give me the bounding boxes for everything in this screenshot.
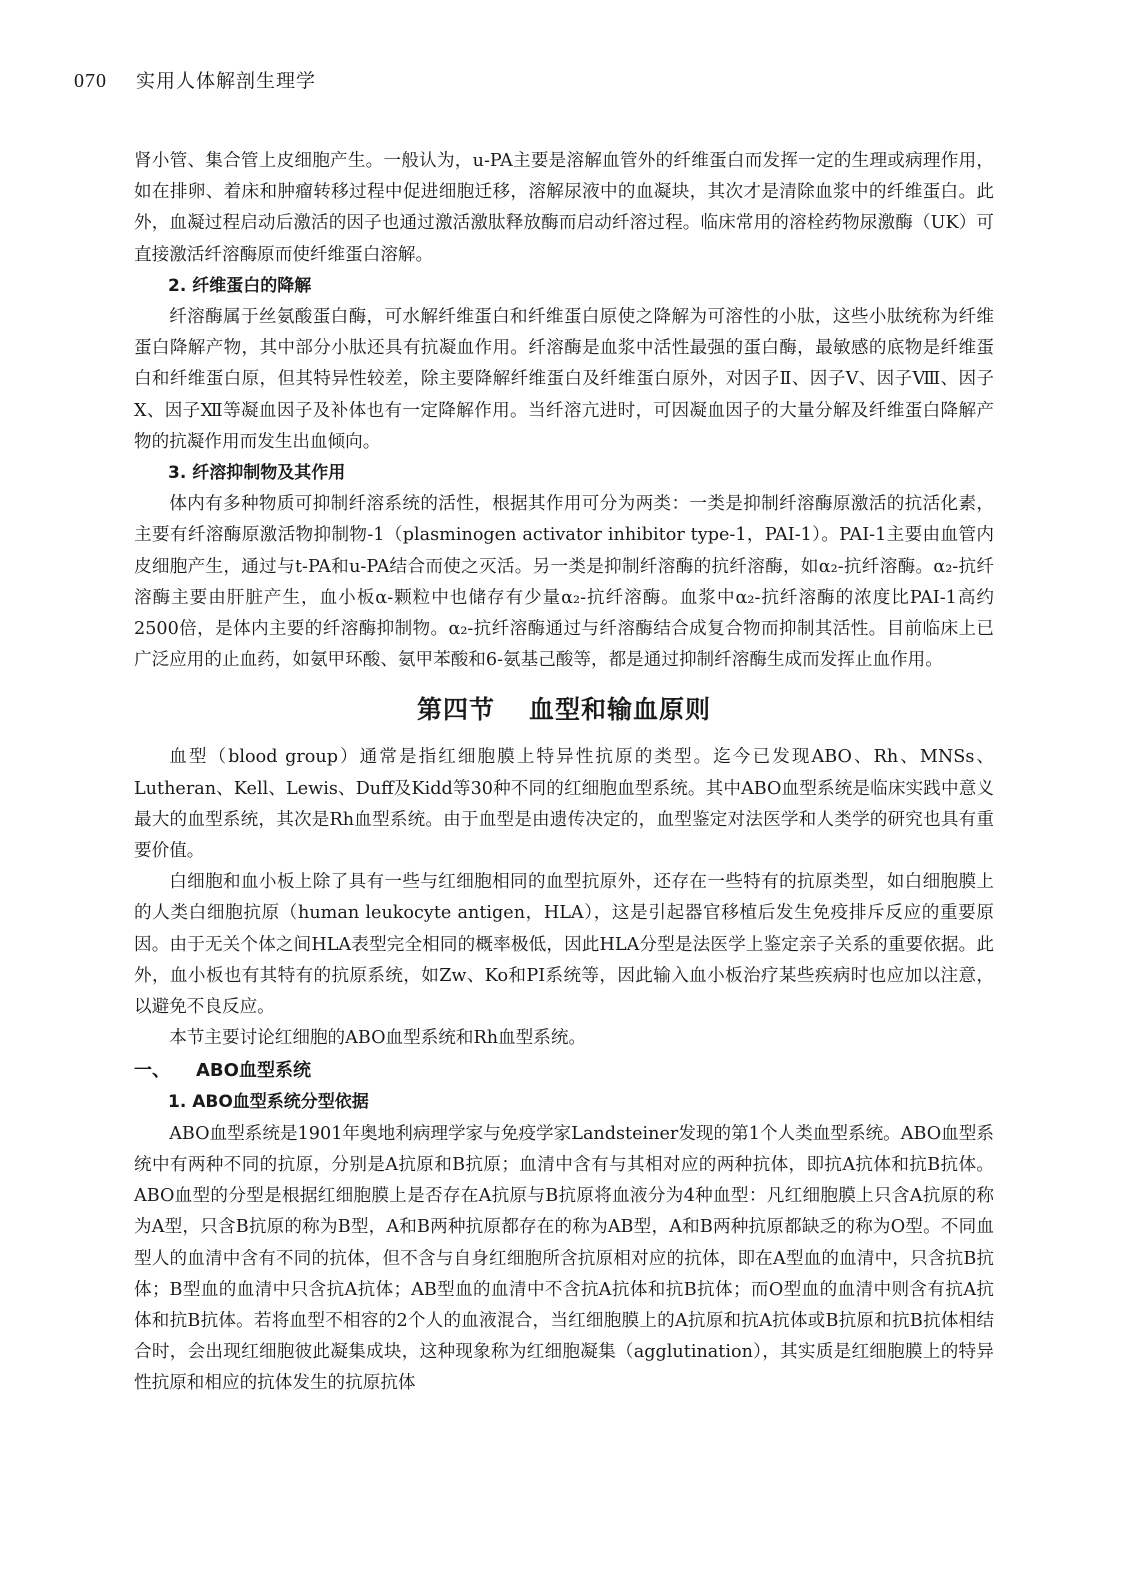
section-title: 血型和输血原则 <box>529 695 711 724</box>
paragraph-fibrinolysis-inhibitors: 体内有多种物质可抑制纤溶系统的活性，根据其作用可分为两类：一类是抑制纤溶酶原激活… <box>134 489 994 676</box>
subheading-fibrin-degradation: 2. 纤维蛋白的降解 <box>134 271 994 302</box>
section-heading: 第四节血型和输血原则 <box>134 688 994 732</box>
page-body: 肾小管、集合管上皮细胞产生。一般认为，u-PA主要是溶解血管外的纤维蛋白而发挥一… <box>134 146 994 1400</box>
heading-title: ABO血型系统 <box>196 1060 311 1081</box>
page-number: 070 <box>74 70 107 92</box>
paragraph-hla: 白细胞和血小板上除了具有一些与红细胞相同的血型抗原外，还存在一些特有的抗原类型，… <box>134 867 994 1023</box>
paragraph-blood-group-intro: 血型（blood group）通常是指红细胞膜上特异性抗原的类型。迄今已发现AB… <box>134 742 994 867</box>
subheading-abo-basis: 1. ABO血型系统分型依据 <box>134 1087 994 1118</box>
paragraph-abo-basis: ABO血型系统是1901年奥地利病理学家与免疫学家Landsteiner发现的第… <box>134 1119 994 1400</box>
heading-number: 一、 <box>134 1060 170 1081</box>
subheading-fibrinolysis-inhibitors: 3. 纤溶抑制物及其作用 <box>134 458 994 489</box>
running-header: 070 实用人体解剖生理学 <box>74 66 316 93</box>
paragraph-section-scope: 本节主要讨论红细胞的ABO血型系统和Rh血型系统。 <box>134 1023 994 1054</box>
heading-abo-system: 一、ABO血型系统 <box>134 1054 994 1087</box>
section-number: 第四节 <box>417 695 495 724</box>
paragraph-fibrin-degradation: 纤溶酶属于丝氨酸蛋白酶，可水解纤维蛋白和纤维蛋白原使之降解为可溶性的小肽，这些小… <box>134 302 994 458</box>
book-title: 实用人体解剖生理学 <box>136 70 316 92</box>
paragraph-upa-continuation: 肾小管、集合管上皮细胞产生。一般认为，u-PA主要是溶解血管外的纤维蛋白而发挥一… <box>134 146 994 271</box>
